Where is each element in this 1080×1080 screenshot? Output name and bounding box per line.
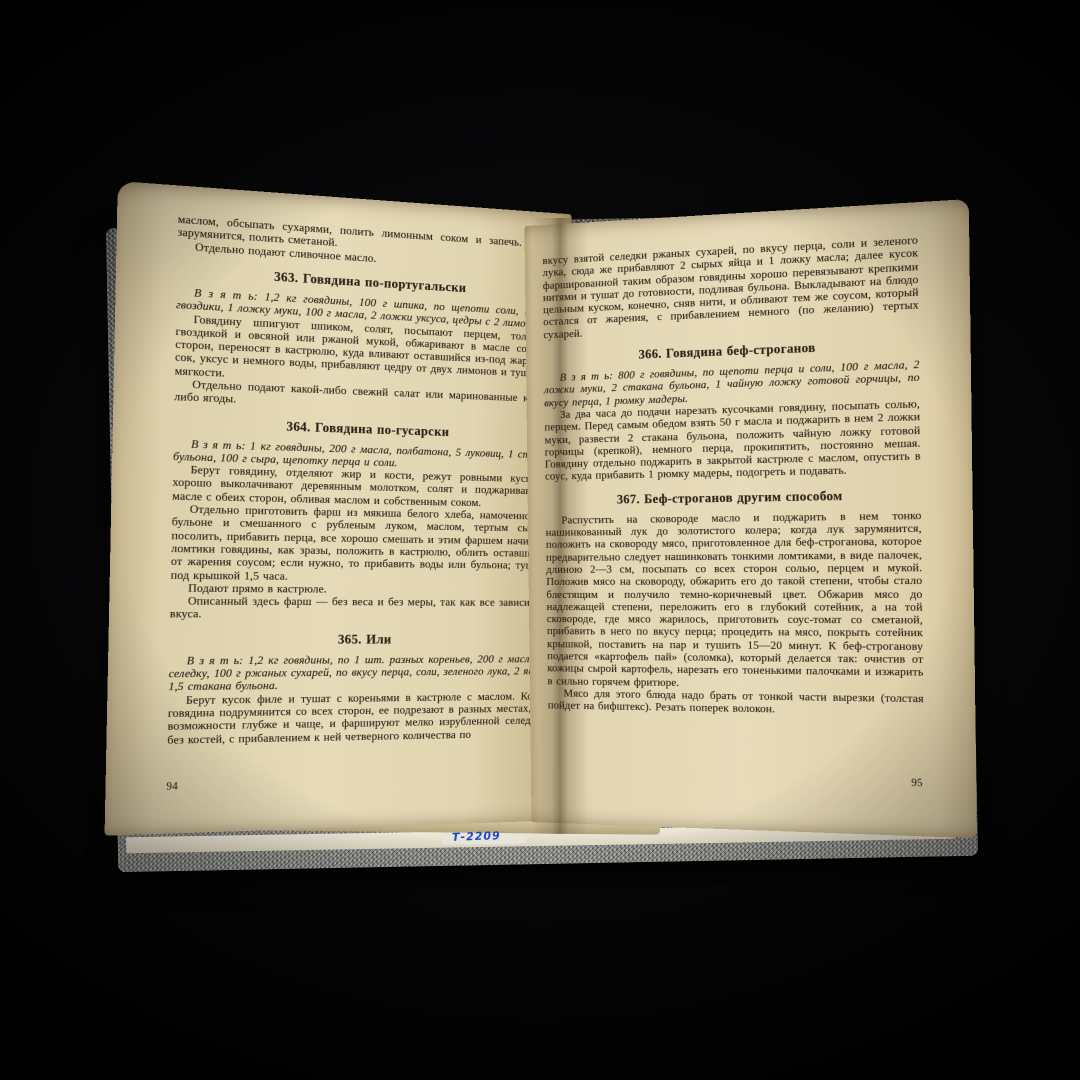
- open-book: маслом, обсыпать сухарями, полить лимонн…: [100, 198, 980, 880]
- paragraph: В з я т ь: 1,2 кг говядины, по 1 шт. раз…: [168, 653, 548, 694]
- left-page: маслом, обсыпать сухарями, полить лимонн…: [105, 181, 572, 836]
- left-page-text: маслом, обсыпать сухарями, полить лимонн…: [167, 213, 555, 747]
- handwritten-inventory-mark: Т-2209: [452, 829, 501, 844]
- recipe-heading: 365. Или: [169, 632, 548, 647]
- paragraph: Берут кусок филе и тушат с кореньями в к…: [167, 690, 547, 747]
- paragraph: Распустить на сковороде масло и поджарит…: [546, 509, 924, 692]
- paragraph: За два часа до подачи нарезать кусочками…: [544, 398, 921, 484]
- page-number: 95: [911, 777, 922, 789]
- photo-background: маслом, обсыпать сухарями, полить лимонн…: [0, 0, 1080, 1080]
- page-number: 94: [166, 780, 178, 792]
- paragraph: Отдельно приготовить фарш из мякиша бело…: [171, 503, 551, 585]
- right-page: вкусу взятой селедки ржаных сухарей, по …: [524, 199, 977, 838]
- paragraph: Описанный здесь фарш — без веса и без ме…: [170, 595, 549, 622]
- paragraph: вкусу взятой селедки ржаных сухарей, по …: [542, 234, 919, 341]
- recipe-heading: 367. Беф-строганов другим способом: [545, 487, 921, 508]
- paragraph: Мясо для этого блюда надо брать от тонко…: [548, 687, 924, 719]
- right-page-text: вкусу взятой селедки ржаных сухарей, по …: [542, 234, 924, 719]
